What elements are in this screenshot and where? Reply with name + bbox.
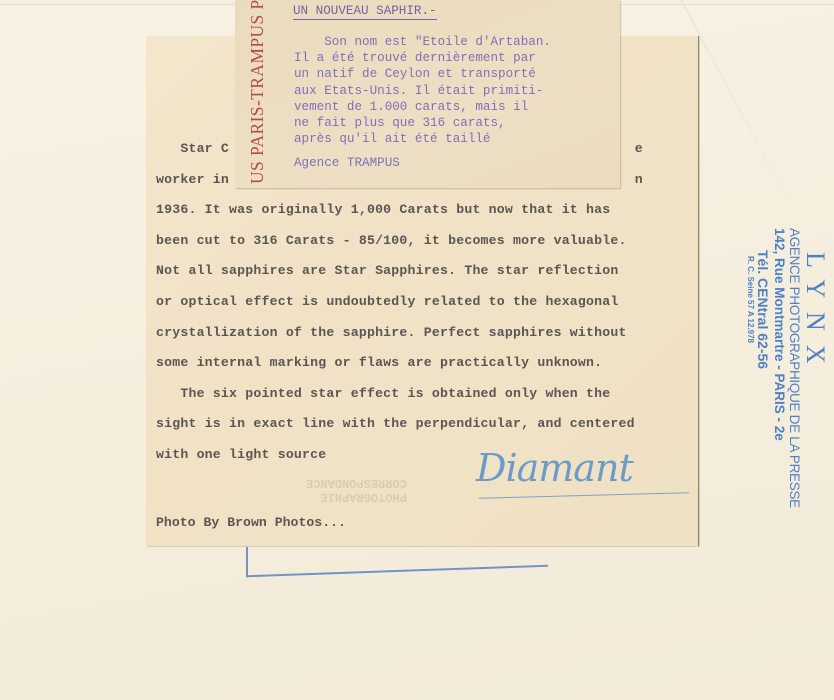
slip-line: Il a été trouvé dernièrement par bbox=[294, 50, 551, 66]
side-stamp-text: US PARIS-TRAMPUS P bbox=[247, 0, 268, 184]
caption-line: Not all sapphires are Star Sapphires. Th… bbox=[156, 256, 701, 287]
handwritten-signature: Diamant bbox=[476, 446, 633, 490]
slip-agency: Agence TRAMPUS bbox=[294, 156, 400, 170]
slip-line: après qu'il ait été taillé bbox=[294, 131, 551, 147]
caption-line: crystallization of the sapphire. Perfect… bbox=[156, 318, 701, 349]
lynx-address: 142, Rue Montmartre - PARIS - 2e bbox=[771, 228, 787, 468]
caption-line: The six pointed star effect is obtained … bbox=[156, 379, 701, 410]
signature-underline bbox=[479, 492, 689, 498]
caption-line: been cut to 316 Carats - 85/100, it beco… bbox=[156, 226, 701, 257]
lynx-registration: R. C. Seine 57 A 12.978 bbox=[745, 228, 755, 468]
photo-credit: Photo By Brown Photos... bbox=[156, 515, 346, 530]
trampus-side-stamp: US PARIS-TRAMPUS P bbox=[233, 0, 265, 188]
lynx-phone: Tél. CENtral 62-56 bbox=[755, 228, 771, 468]
slip-line: aux Etats-Unis. Il était primiti- bbox=[294, 83, 551, 99]
slip-line: Son nom est "Etoile d'Artaban. bbox=[294, 34, 551, 50]
slip-body: Son nom est "Etoile d'Artaban. Il a été … bbox=[294, 34, 551, 147]
caption-line: some internal marking or flaws are pract… bbox=[156, 348, 701, 379]
slip-line: vement de 1.000 carats, mais il bbox=[294, 99, 551, 115]
lynx-title: LYNX bbox=[802, 228, 828, 468]
caption-line: or optical effect is undoubtedly related… bbox=[156, 287, 701, 318]
slip-line: un natif de Ceylon et transporté bbox=[294, 66, 551, 82]
ghost-show-through-text: PHOTOGRAPHIE CORRESPONDANCE bbox=[306, 476, 407, 504]
slip-line: ne fait plus que 316 carats, bbox=[294, 115, 551, 131]
lynx-agency-stamp: LYNX AGENCE PHOTOGRAPHIQUE DE LA PRESSE … bbox=[710, 228, 830, 468]
caption-line: 1936. It was originally 1,000 Carats but… bbox=[156, 195, 701, 226]
lynx-agency-name: AGENCE PHOTOGRAPHIQUE DE LA PRESSE bbox=[787, 228, 802, 468]
slip-title: UN NOUVEAU SAPHIR.- bbox=[293, 4, 437, 20]
french-caption-slip: US PARIS-TRAMPUS P UN NOUVEAU SAPHIR.- S… bbox=[235, 0, 620, 188]
caption-line: sight is in exact line with the perpendi… bbox=[156, 409, 701, 440]
